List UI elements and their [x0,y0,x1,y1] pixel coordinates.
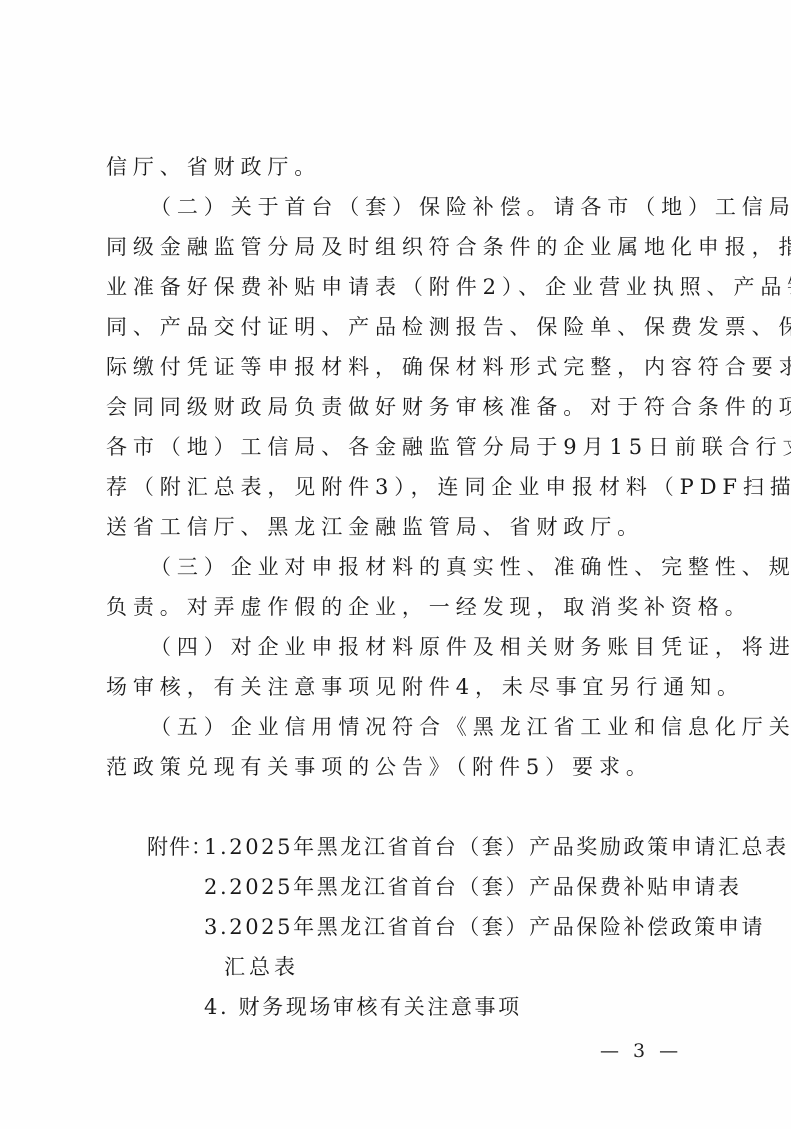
attachment-title: 财务现场审核有关注意事项 [239,995,522,1019]
paragraph-line: （二）关于首台（套）保险补偿。请各市（地）工信局会同 [150,193,690,221]
paragraph-line: （五）企业信用情况符合《黑龙江省工业和信息化厅关于规 [150,713,690,741]
paragraph-line: 业准备好保费补贴申请表（附件2）、企业营业执照、产品销售合 [106,273,690,301]
attachment-title: 2025年黑龙江省首台（套）产品保险补偿政策申请 [229,915,765,939]
page-number: — 3 — [600,1039,682,1063]
attachment-item-2: 2.2025年黑龙江省首台（套）产品保费补贴申请表 [204,873,742,901]
paragraph-line: 场审核，有关注意事项见附件4，未尽事宜另行通知。 [106,673,690,701]
paragraph-line: （四）对企业申报材料原件及相关财务账目凭证，将进行现 [150,633,690,661]
attachment-item-4: 4. 财务现场审核有关注意事项 [204,993,522,1021]
paragraph-line: 同级金融监管分局及时组织符合条件的企业属地化申报，指导企 [106,233,690,261]
attachment-item-3: 3.2025年黑龙江省首台（套）产品保险补偿政策申请 [204,913,765,941]
paragraph-line: 各市（地）工信局、各金融监管分局于9月15日前联合行文推 [106,433,690,461]
paragraph-line: 信厅、省财政厅。 [106,153,690,181]
document-page: 信厅、省财政厅。 （二）关于首台（套）保险补偿。请各市（地）工信局会同 同级金融… [0,0,791,1129]
attachment-number: 4. [204,995,229,1019]
paragraph-line: 范政策兑现有关事项的公告》（附件5）要求。 [106,753,690,781]
attachment-item-3-continuation: 汇总表 [224,953,299,981]
paragraph-line: 送省工信厅、黑龙江金融监管局、省财政厅。 [106,513,690,541]
attachment-title: 2025年黑龙江省首台（套）产品保费补贴申请表 [229,875,741,899]
paragraph-line: 会同同级财政局负责做好财务审核准备。对于符合条件的项目， [106,393,690,421]
attachment-number: 3. [204,915,229,939]
attachment-number: 1. [204,835,229,859]
paragraph-line: （三）企业对申报材料的真实性、准确性、完整性、规范性 [150,553,690,581]
attachment-number: 2. [204,875,229,899]
paragraph-line: 际缴付凭证等申报材料，确保材料形式完整，内容符合要求，并 [106,353,690,381]
paragraph-line: 同、产品交付证明、产品检测报告、保险单、保费发票、保费实 [106,313,690,341]
paragraph-line: 负责。对弄虚作假的企业，一经发现，取消奖补资格。 [106,593,690,621]
attachment-item-1: 1.2025年黑龙江省首台（套）产品奖励政策申请汇总表 [204,833,789,861]
attachment-title: 2025年黑龙江省首台（套）产品奖励政策申请汇总表 [229,835,788,859]
paragraph-line: 荐（附汇总表，见附件3），连同企业申报材料（PDF扫描版）报 [106,473,690,501]
